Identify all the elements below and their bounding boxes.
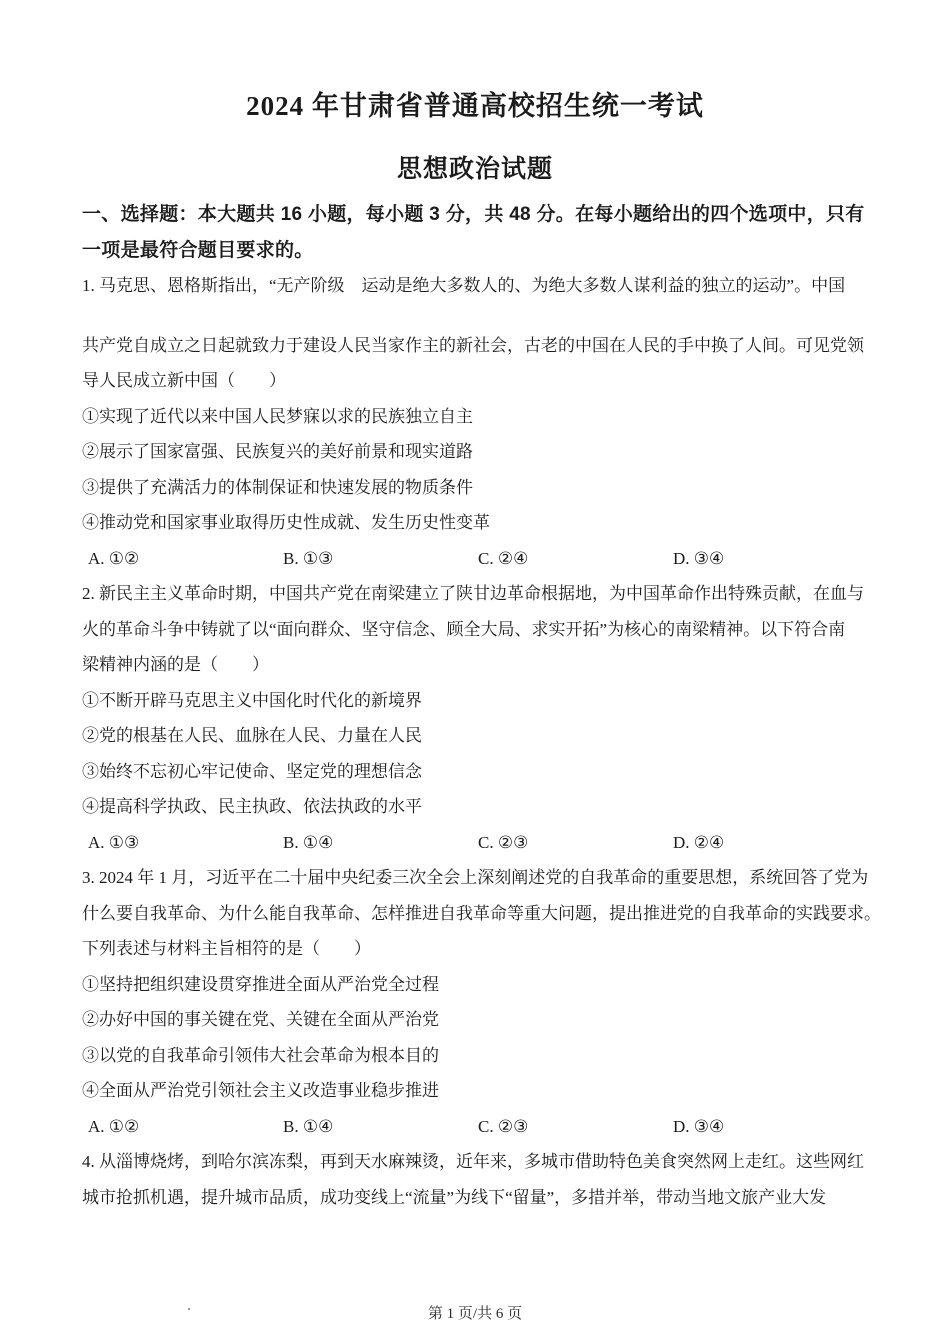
- question-3-options: A. ①②B. ①④C. ②③D. ③④: [82, 1109, 868, 1145]
- question-1-item-3: ③提供了充满活力的体制保证和快速发展的物质条件: [82, 470, 868, 506]
- question-1-option-b: B. ①③: [283, 541, 478, 577]
- question-2-option-d: D. ②④: [673, 825, 724, 861]
- question-3-item-4: ④全面从严治党引领社会主义改造事业稳步推进: [82, 1073, 868, 1109]
- question-2-item-3: ③始终不忘初心牢记使命、坚定党的理想信念: [82, 754, 868, 790]
- exam-title: 2024 年甘肃省普通高校招生统一考试: [0, 84, 950, 123]
- question-1-item-1: ①实现了近代以来中国人民梦寐以求的民族独立自主: [82, 399, 868, 435]
- page-footer: 第 1 页/共 6 页: [0, 1302, 950, 1323]
- question-2-option-b: B. ①④: [283, 825, 478, 861]
- question-3: 3. 2024 年 1 月，习近平在二十届中央纪委三次全会上深刻阐述党的自我革命…: [82, 860, 868, 1144]
- question-4-stem-line-1: 4. 从淄博烧烤，到哈尔滨冻梨，再到天水麻辣烫，近年来，多城市借助特色美食突然网…: [82, 1144, 868, 1180]
- question-3-item-3: ③以党的自我革命引领伟大社会革命为根本目的: [82, 1038, 868, 1074]
- question-2-stem-line-1: 2. 新民主主义革命时期，中国共产党在南梁建立了陕甘边革命根据地，为中国革命作出…: [82, 576, 868, 612]
- question-list: 1. 马克思、恩格斯指出，“无产阶级 运动是绝大多数人的、为绝大多数人谋利益的独…: [82, 268, 868, 1215]
- question-2-options: A. ①③B. ①④C. ②③D. ②④: [82, 825, 868, 861]
- question-1-item-2: ②展示了国家富强、民族复兴的美好前景和现实道路: [82, 434, 868, 470]
- question-3-option-a: A. ①②: [88, 1109, 283, 1145]
- question-2-stem-line-3: 梁精神内涵的是（ ）: [82, 647, 868, 683]
- question-1-option-d: D. ③④: [673, 541, 724, 577]
- question-1-stem-line-2: 共产党自成立之日起就致力于建设人民当家作主的新社会，古老的中国在人民的手中换了人…: [82, 328, 868, 364]
- exam-subtitle: 思想政治试题: [0, 149, 950, 185]
- question-4-stem-line-2: 城市抢抓机遇，提升城市品质，成功变线上“流量”为线下“留量”，多措并举，带动当地…: [82, 1180, 868, 1216]
- question-1-stem-line-3: 导人民成立新中国（ ）: [82, 363, 868, 399]
- exam-body: 一、选择题：本大题共 16 小题，每小题 3 分，共 48 分。在每小题给出的四…: [82, 197, 868, 1215]
- question-3-item-1: ①坚持把组织建设贯穿推进全面从严治党全过程: [82, 967, 868, 1003]
- question-2-item-4: ④提高科学执政、民主执政、依法执政的水平: [82, 789, 868, 825]
- question-3-stem-line-2: 什么要自我革命、为什么能自我革命、怎样推进自我革命等重大问题，提出推进党的自我革…: [82, 896, 868, 932]
- question-2-option-c: C. ②③: [478, 825, 673, 861]
- question-1-stem-line-1: 1. 马克思、恩格斯指出，“无产阶级 运动是绝大多数人的、为绝大多数人谋利益的独…: [82, 268, 868, 304]
- section-heading-line-1: 一、选择题：本大题共 16 小题，每小题 3 分，共 48 分。在每小题给出的四…: [82, 197, 868, 233]
- exam-page: 2024 年甘肃省普通高校招生统一考试 思想政治试题 一、选择题：本大题共 16…: [0, 0, 950, 1344]
- section-heading: 一、选择题：本大题共 16 小题，每小题 3 分，共 48 分。在每小题给出的四…: [82, 197, 868, 268]
- question-2-stem-line-2: 火的革命斗争中铸就了以“面向群众、坚守信念、顾全大局、求实开拓”为核心的南梁精神…: [82, 612, 868, 648]
- question-3-option-c: C. ②③: [478, 1109, 673, 1145]
- question-3-stem-line-3: 下列表述与材料主旨相符的是（ ）: [82, 931, 868, 967]
- section-heading-line-2: 一项是最符合题目要求的。: [82, 233, 868, 269]
- question-3-stem-line-1: 3. 2024 年 1 月，习近平在二十届中央纪委三次全会上深刻阐述党的自我革命…: [82, 860, 868, 896]
- question-1-option-a: A. ①②: [88, 541, 283, 577]
- question-1-options: A. ①②B. ①③C. ②④D. ③④: [82, 541, 868, 577]
- question-1: 1. 马克思、恩格斯指出，“无产阶级 运动是绝大多数人的、为绝大多数人谋利益的独…: [82, 268, 868, 576]
- question-4: 4. 从淄博烧烤，到哈尔滨冻梨，再到天水麻辣烫，近年来，多城市借助特色美食突然网…: [82, 1144, 868, 1215]
- question-3-option-b: B. ①④: [283, 1109, 478, 1145]
- question-2-option-a: A. ①③: [88, 825, 283, 861]
- question-2: 2. 新民主主义革命时期，中国共产党在南梁建立了陕甘边革命根据地，为中国革命作出…: [82, 576, 868, 860]
- blank-gap: [82, 304, 868, 328]
- question-1-item-4: ④推动党和国家事业取得历史性成就、发生历史性变革: [82, 505, 868, 541]
- question-2-item-1: ①不断开辟马克思主义中国化时代化的新境界: [82, 683, 868, 719]
- question-3-option-d: D. ③④: [673, 1109, 724, 1145]
- question-2-item-2: ②党的根基在人民、血脉在人民、力量在人民: [82, 718, 868, 754]
- question-3-item-2: ②办好中国的事关键在党、关键在全面从严治党: [82, 1002, 868, 1038]
- question-1-option-c: C. ②④: [478, 541, 673, 577]
